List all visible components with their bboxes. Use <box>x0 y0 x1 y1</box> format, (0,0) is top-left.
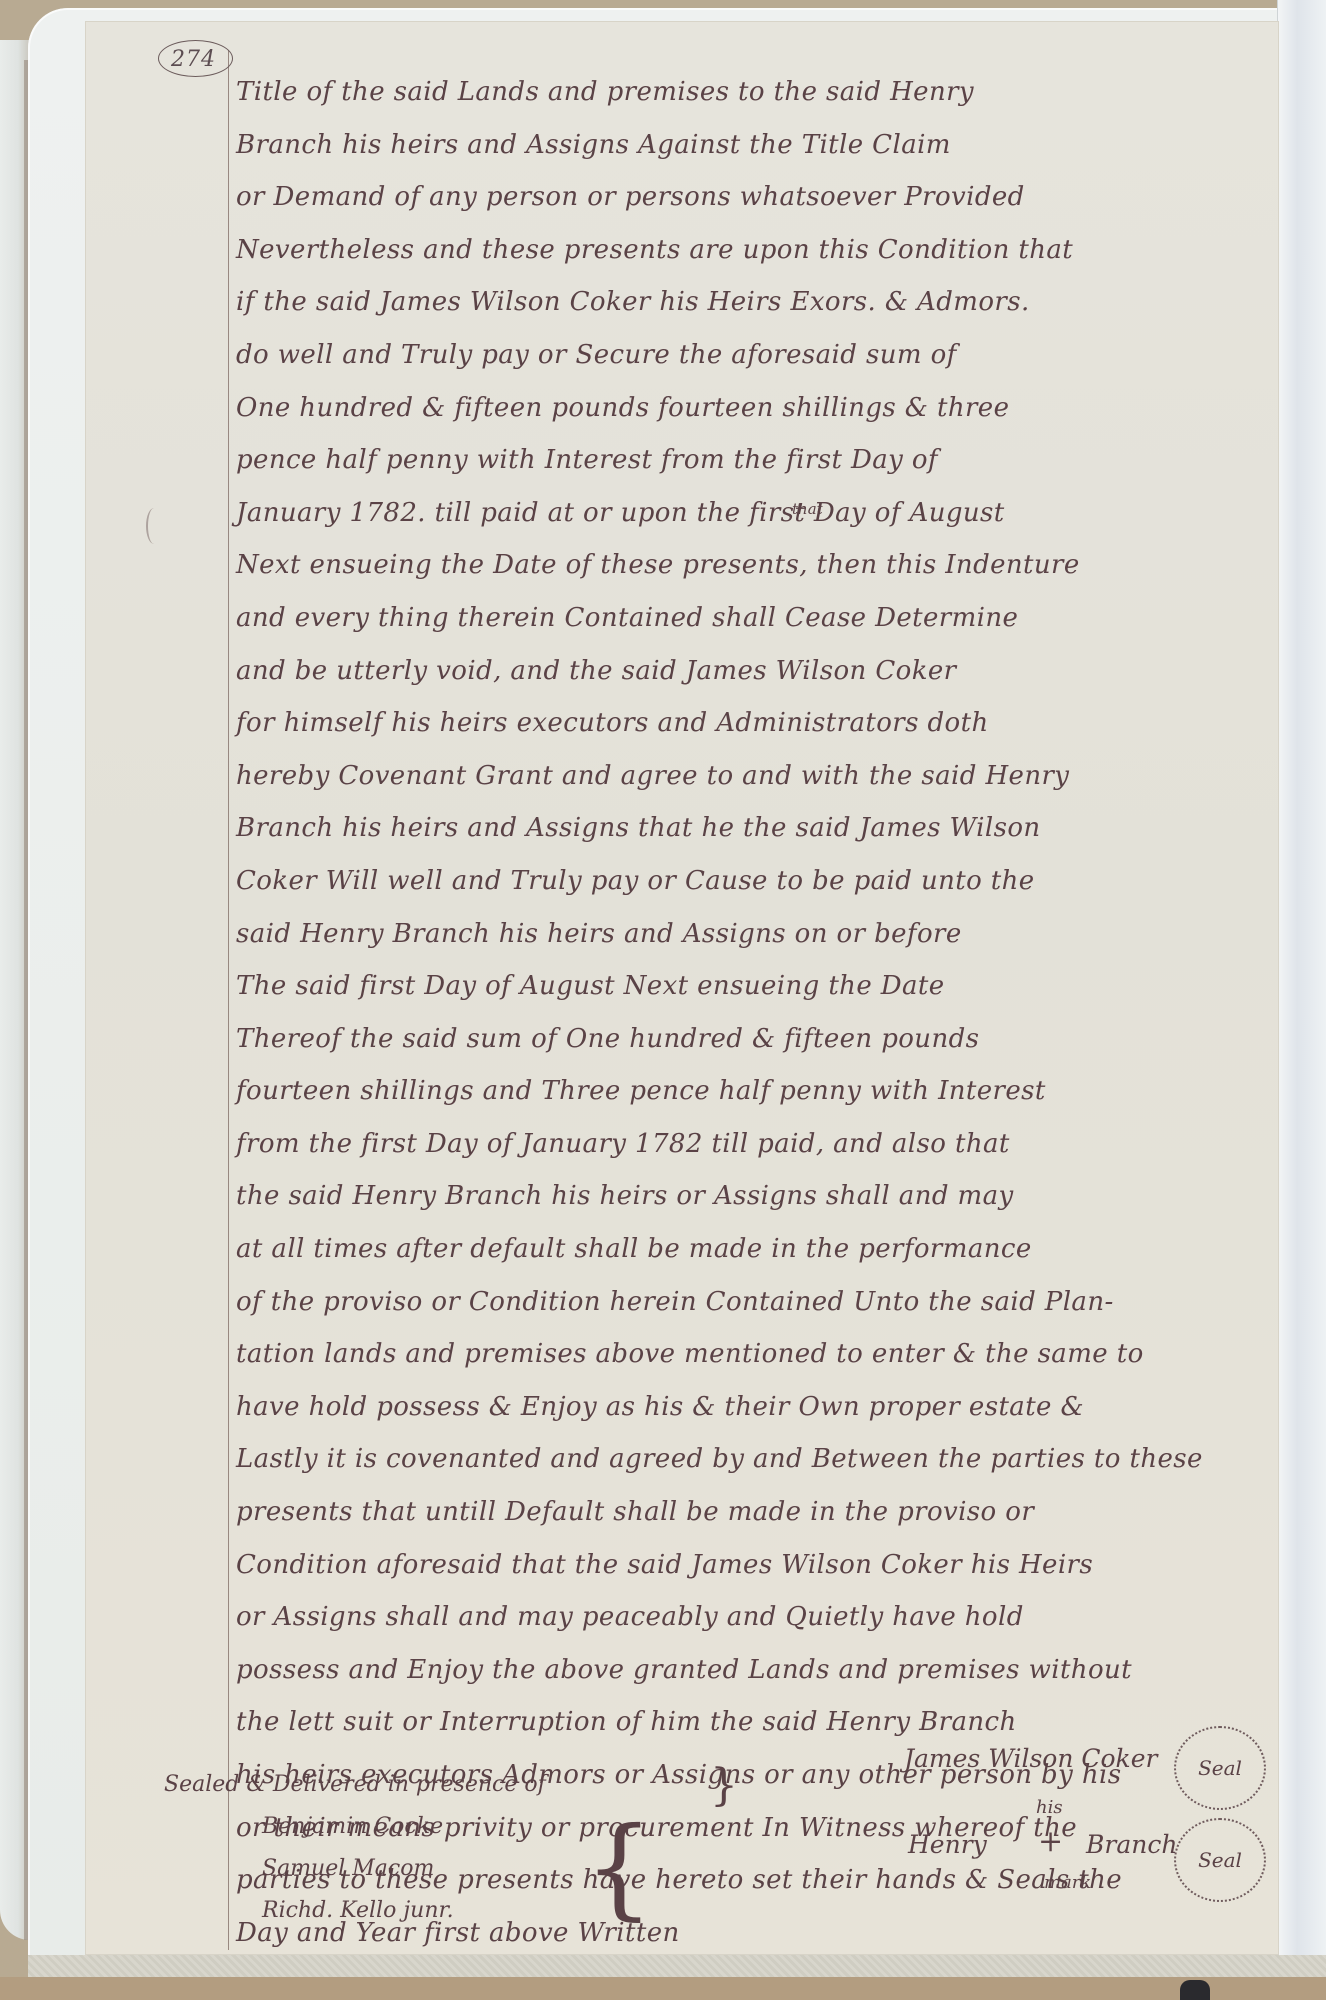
wax-seal-2: Seal <box>1174 1818 1266 1902</box>
text-line: presents that untill Default shall be ma… <box>236 1486 1266 1539</box>
text-line: or Assigns shall and may peaceably and Q… <box>236 1591 1266 1644</box>
signature-james-wilson-coker: James Wilson Coker <box>904 1744 1157 1773</box>
seal-label: Seal <box>1198 1848 1242 1872</box>
text-line: from the first Day of January 1782 till … <box>236 1118 1266 1171</box>
table-surface <box>0 1977 1326 2000</box>
text-line: The said first Day of August Next ensuei… <box>236 960 1266 1013</box>
text-line: pence half penny with Interest from the … <box>236 434 1266 487</box>
witness-heading: Sealed & Delivered in presence of <box>164 1772 546 1797</box>
witness-name: Benjamin Cocke <box>262 1814 443 1839</box>
witness-brace: } <box>710 1760 738 1811</box>
margin-rule <box>228 50 229 1950</box>
text-line: Title of the said Lands and premises to … <box>236 66 1266 119</box>
signature-branch: Branch <box>1086 1830 1177 1859</box>
text-line: said Henry Branch his heirs and Assigns … <box>236 908 1266 961</box>
interlinear-insertion: that <box>792 500 823 518</box>
signature-brace: { <box>584 1812 654 1922</box>
text-line: Condition aforesaid that the said James … <box>236 1539 1266 1592</box>
text-line: Next ensueing the Date of these presents… <box>236 539 1266 592</box>
text-line: possess and Enjoy the above granted Land… <box>236 1644 1266 1697</box>
text-line: have hold possess & Enjoy as his & their… <box>236 1381 1266 1434</box>
manuscript-page: 274 Title of the said Lands and premises… <box>86 22 1278 1954</box>
text-line: fourteen shillings and Three pence half … <box>236 1065 1266 1118</box>
page-number: 274 <box>158 40 233 77</box>
deed-body-text: Title of the said Lands and premises to … <box>236 66 1266 1959</box>
witness-name: Richd. Kello junr. <box>262 1898 454 1923</box>
binder-clip <box>1180 1980 1210 2000</box>
text-line: of the proviso or Condition herein Conta… <box>236 1276 1266 1329</box>
text-line: the lett suit or Interruption of him the… <box>236 1696 1266 1749</box>
text-line: at all times after default shall be made… <box>236 1223 1266 1276</box>
text-line: Lastly it is covenanted and agreed by an… <box>236 1433 1266 1486</box>
text-line: Branch his heirs and Assigns that he the… <box>236 802 1266 855</box>
text-line: hereby Covenant Grant and agree to and w… <box>236 750 1266 803</box>
mark-his-label: his <box>1036 1797 1063 1818</box>
witness-name: Samuel Macom <box>262 1856 434 1881</box>
text-line: Thereof the said sum of One hundred & fi… <box>236 1013 1266 1066</box>
text-line: the said Henry Branch his heirs or Assig… <box>236 1170 1266 1223</box>
binding-tape <box>28 1955 1326 1977</box>
sleeve-right-edge <box>1277 0 1326 1975</box>
text-line: or Demand of any person or persons whats… <box>236 171 1266 224</box>
text-line: for himself his heirs executors and Admi… <box>236 697 1266 750</box>
margin-flourish <box>146 508 162 544</box>
text-line: Branch his heirs and Assigns Against the… <box>236 119 1266 172</box>
text-line: Nevertheless and these presents are upon… <box>236 224 1266 277</box>
wax-seal-1: Seal <box>1174 1726 1266 1810</box>
text-line: if the said James Wilson Coker his Heirs… <box>236 276 1266 329</box>
text-line: January 1782. till paid at or upon the f… <box>236 487 1266 540</box>
mark-cross: + <box>1038 1824 1063 1859</box>
text-line: tation lands and premises above mentione… <box>236 1328 1266 1381</box>
text-line: do well and Truly pay or Secure the afor… <box>236 329 1266 382</box>
mark-label: mark <box>1044 1872 1091 1893</box>
text-line: and be utterly void, and the said James … <box>236 645 1266 698</box>
text-line: One hundred & fifteen pounds fourteen sh… <box>236 382 1266 435</box>
text-line: and every thing therein Contained shall … <box>236 592 1266 645</box>
text-line: Coker Will well and Truly pay or Cause t… <box>236 855 1266 908</box>
signature-henry: Henry <box>908 1830 987 1859</box>
seal-label: Seal <box>1198 1756 1242 1780</box>
